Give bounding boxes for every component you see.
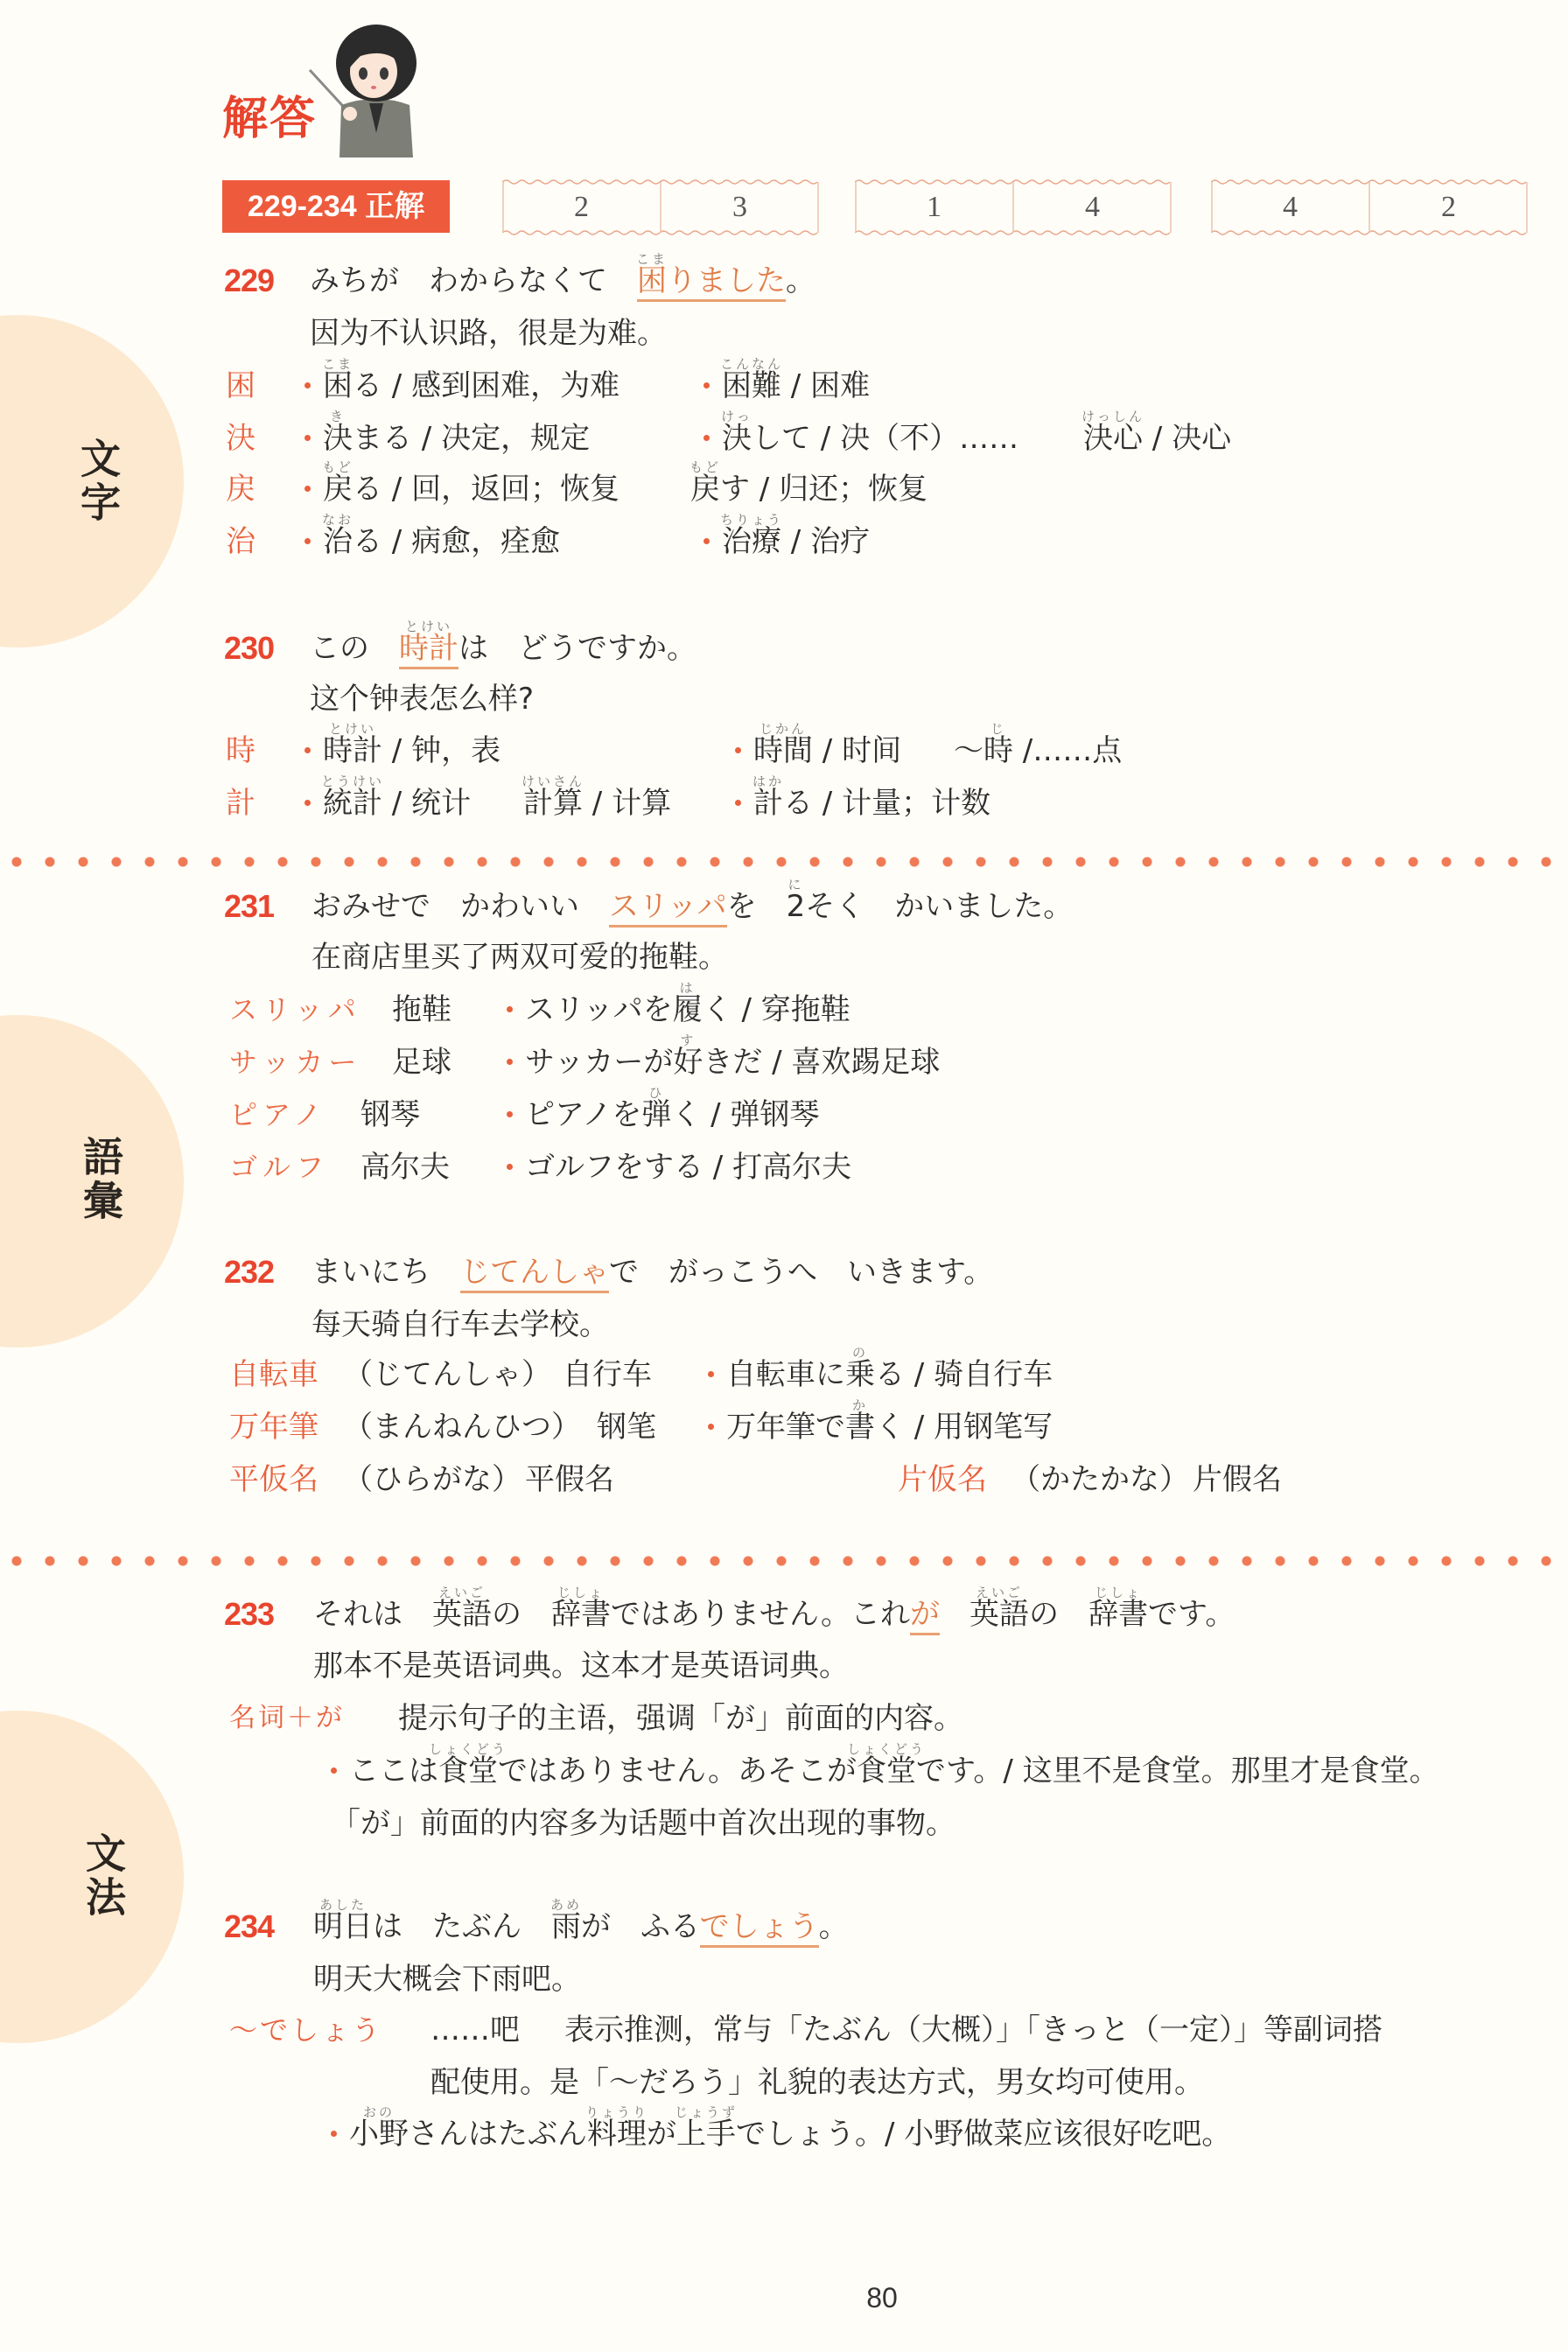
example-tail: る / 病愈，痊愈 bbox=[353, 524, 560, 559]
sentence-text: が ふる bbox=[581, 1909, 700, 1944]
example-text: が bbox=[647, 2117, 676, 2152]
ruby-word: す好 bbox=[673, 1045, 703, 1080]
kanji-example: はか計る / 计量；计数 bbox=[735, 786, 990, 821]
sentence-text: そく かいました。 bbox=[805, 889, 1073, 924]
kanji-example: じかん時間 / 时间 bbox=[735, 733, 901, 768]
ruby-word: はか計 bbox=[753, 786, 783, 821]
kanji: 履 bbox=[673, 992, 703, 1027]
furigana: あめ bbox=[550, 1899, 582, 1912]
bullet-icon bbox=[703, 382, 710, 388]
answer-cell-229: 2 bbox=[502, 178, 661, 237]
question-sentence: あした明日は たぶん あめ雨が ふるでしょう。 bbox=[313, 1909, 849, 1944]
kanji: 英語 bbox=[432, 1597, 492, 1632]
ruby-word: けいさん計算 bbox=[523, 786, 583, 821]
kanji: 計算 bbox=[523, 786, 583, 821]
vocab-example: 万年筆でか書く / 用钢笔写 bbox=[708, 1410, 1053, 1445]
kanji-label: 治 bbox=[226, 524, 255, 559]
example-tail: く / 穿拖鞋 bbox=[703, 992, 850, 1027]
furigana: ちりょう bbox=[720, 514, 783, 527]
vocab-reading: （ひらがな） bbox=[343, 1462, 521, 1497]
example-tail: く / 用钢笔写 bbox=[875, 1410, 1053, 1445]
example-tail: きだ / 喜欢踢足球 bbox=[703, 1045, 940, 1080]
kanji: 明日 bbox=[313, 1909, 373, 1944]
bullet-icon bbox=[304, 435, 311, 441]
vocab-meaning: 拖鞋 bbox=[392, 992, 451, 1027]
vocab-example: ピアノをひ弾く / 弹钢琴 bbox=[507, 1097, 819, 1132]
sentence-text: この bbox=[310, 631, 399, 666]
kanji: 時計 bbox=[399, 631, 458, 666]
example-text: ここは bbox=[349, 1753, 438, 1788]
example-text: さんはたぶん bbox=[409, 2117, 587, 2152]
ruby-word: じょうず上手 bbox=[676, 2117, 736, 2152]
kanji: 決 bbox=[323, 421, 353, 456]
answer-highlight: でしょう bbox=[700, 1909, 819, 1948]
kanji-label: 戻 bbox=[226, 472, 255, 507]
translation: 那本不是英语词典。这本才是英语词典。 bbox=[313, 1648, 849, 1683]
ruby-word: しょくどう食堂 bbox=[438, 1753, 498, 1788]
sentence-text: は たぶん bbox=[373, 1909, 551, 1944]
example-prefix: サッカーが bbox=[525, 1045, 673, 1080]
furigana: もど bbox=[322, 461, 353, 474]
sentence-text: 。 bbox=[819, 1909, 849, 1944]
sentence-text: それは bbox=[313, 1597, 432, 1632]
furigana: しょくどう bbox=[429, 1743, 507, 1756]
bullet-icon bbox=[331, 2131, 337, 2137]
sentence-text: まいにち bbox=[311, 1255, 460, 1290]
example-tail: /……点 bbox=[1013, 733, 1122, 768]
vocab-word: サッカー bbox=[229, 1045, 361, 1080]
example-tail: / 决心 bbox=[1143, 421, 1231, 456]
sentence-text bbox=[940, 1597, 969, 1632]
question-sentence: おみせで かわいい スリッパを に2そく かいました。 bbox=[311, 889, 1073, 924]
example-tail: / 统计 bbox=[382, 786, 471, 821]
furigana: とけい bbox=[329, 723, 376, 736]
kanji: 辞書 bbox=[551, 1597, 611, 1632]
bullet-icon bbox=[703, 435, 710, 441]
question-number: 232 bbox=[224, 1255, 274, 1290]
kanji-label: 計 bbox=[226, 786, 255, 821]
bullet-icon bbox=[507, 1111, 513, 1117]
vocab-example: ゴルフをする / 打高尔夫 bbox=[507, 1150, 851, 1185]
kanji: 戻 bbox=[323, 472, 353, 507]
vocab-word: 平仮名 bbox=[229, 1462, 318, 1497]
kanji-example: ～じ時 /……点 bbox=[954, 733, 1122, 768]
okurigana: りました bbox=[667, 263, 786, 298]
vocab-meaning: 平假名 bbox=[525, 1462, 614, 1497]
grammar-example: おの小野さんはたぶんりょうり料理がじょうず上手でしょう。/ 小野做菜应该很好吃吧… bbox=[331, 2117, 1231, 2152]
example-text: ではありません。あそこが bbox=[498, 1753, 857, 1788]
answer-highlight: こま困りました bbox=[637, 263, 786, 302]
example-prefix: スリッパを bbox=[525, 992, 673, 1027]
ruby-word: か書 bbox=[845, 1410, 875, 1445]
vocab-meaning: 自行车 bbox=[563, 1357, 652, 1392]
translation: 在商店里买了两双可爱的拖鞋。 bbox=[311, 940, 728, 975]
kanji: 決 bbox=[722, 421, 752, 456]
page-number: 80 bbox=[847, 2280, 917, 2315]
translation: 因为不认识路，很是为难。 bbox=[310, 316, 667, 351]
ruby-word: あした明日 bbox=[313, 1909, 373, 1944]
sentence-text: の bbox=[1029, 1597, 1088, 1632]
kanji: 料理 bbox=[587, 2117, 647, 2152]
furigana: の bbox=[852, 1347, 868, 1360]
answer-highlight: じてんしゃ bbox=[460, 1255, 609, 1293]
ruby-word: ちりょう治療 bbox=[722, 524, 781, 559]
sentence-text: で がっこうへ いきます。 bbox=[609, 1255, 993, 1290]
sentence-text: です。 bbox=[1148, 1597, 1235, 1632]
furigana: こま bbox=[322, 358, 353, 371]
sentence-text: を bbox=[727, 889, 787, 924]
grammar-label: 名词＋が bbox=[229, 1701, 345, 1736]
sentence-text: の bbox=[492, 1597, 551, 1632]
kanji: 雨 bbox=[551, 1909, 581, 1944]
grammar-explanation: 表示推测，常与「たぶん（大概）」「きっと（一定）」等副词搭 bbox=[564, 2012, 1382, 2047]
kanji: 弾 bbox=[641, 1097, 671, 1132]
kanji: 戻 bbox=[690, 472, 720, 507]
ruby-word: こんなん困難 bbox=[722, 368, 781, 403]
vocab-word: 万年筆 bbox=[229, 1410, 318, 1445]
kanji-example: とけい時計 / 钟，表 bbox=[304, 733, 500, 768]
furigana: じしょ bbox=[1095, 1586, 1142, 1599]
example-tail: く / 弹钢琴 bbox=[671, 1097, 819, 1132]
kanji: 困 bbox=[323, 368, 353, 403]
kanji: 時 bbox=[983, 733, 1013, 768]
kanji: 食堂 bbox=[857, 1753, 916, 1788]
example-tail: / 计算 bbox=[583, 786, 671, 821]
sentence-text: ではありません。これ bbox=[611, 1597, 910, 1632]
sentence-text: みちが わからなくて bbox=[310, 263, 637, 298]
bullet-icon bbox=[703, 538, 710, 544]
bullet-icon bbox=[507, 1059, 513, 1065]
numeral: 2 bbox=[787, 889, 806, 924]
example-tail: / 治疗 bbox=[781, 524, 870, 559]
example-prefix: 万年筆で bbox=[726, 1410, 845, 1445]
furigana: は bbox=[680, 982, 696, 995]
furigana: もど bbox=[689, 461, 721, 474]
ruby-word: えいご英語 bbox=[969, 1597, 1029, 1632]
example-text: です。/ 这里不是食堂。那里才是食堂。 bbox=[916, 1753, 1439, 1788]
answer-cell-233: 4 bbox=[1211, 178, 1369, 237]
ruby-word: ひ弾 bbox=[641, 1097, 671, 1132]
furigana: ひ bbox=[648, 1087, 664, 1100]
answer-group-goi: 1 4 bbox=[855, 178, 1172, 237]
grammar-note: 「が」前面的内容多为话题中首次出现的事物。 bbox=[331, 1806, 955, 1841]
answer-group-bunpo: 4 2 bbox=[1211, 178, 1528, 237]
example-tail: / 钟，表 bbox=[382, 733, 500, 768]
bullet-icon bbox=[304, 747, 311, 753]
ruby-word: じしょ辞書 bbox=[1088, 1597, 1148, 1632]
kanji-example: なお治る / 病愈，痊愈 bbox=[304, 524, 560, 559]
bullet-icon bbox=[735, 747, 741, 753]
vocab-meaning: 片假名 bbox=[1193, 1462, 1282, 1497]
question-sentence: まいにち じてんしゃで がっこうへ いきます。 bbox=[311, 1255, 993, 1290]
kanji: 時間 bbox=[753, 733, 813, 768]
bullet-icon bbox=[304, 800, 311, 806]
translation: 每天骑自行车去学校。 bbox=[311, 1307, 609, 1342]
sentence-text: は どうですか。 bbox=[458, 631, 696, 666]
furigana: けいさん bbox=[521, 775, 584, 788]
ruby-word: の乗 bbox=[845, 1357, 875, 1392]
section-tab-bunpo: 文法 bbox=[82, 1832, 124, 1920]
furigana: じしょ bbox=[557, 1586, 605, 1599]
answer-highlight: が bbox=[910, 1597, 940, 1635]
answer-cell-231: 1 bbox=[855, 178, 1013, 237]
kanji: 困難 bbox=[722, 368, 781, 403]
vocab-meaning: 足球 bbox=[392, 1045, 451, 1080]
vocab-word: 片仮名 bbox=[898, 1462, 987, 1497]
vocab-word: 自転車 bbox=[229, 1357, 318, 1392]
ruby-word: は履 bbox=[673, 992, 703, 1027]
question-sentence: この とけい時計は どうですか。 bbox=[310, 631, 696, 666]
translation: 这个钟表怎么样? bbox=[310, 682, 534, 717]
ruby-word: えいご英語 bbox=[432, 1597, 492, 1632]
grammar-label: ～でしょう bbox=[229, 2012, 382, 2047]
ruby-word: りょうり料理 bbox=[587, 2117, 647, 2152]
vocab-example: 自転車にの乗る / 骑自行车 bbox=[708, 1357, 1053, 1392]
question-number: 230 bbox=[224, 631, 274, 666]
example-tail: る / 回，返回；恢复 bbox=[353, 472, 619, 507]
furigana: しょくどう bbox=[847, 1743, 926, 1756]
furigana: とけい bbox=[405, 620, 452, 633]
kanji: 英語 bbox=[969, 1597, 1029, 1632]
bullet-icon bbox=[304, 486, 311, 492]
example-text: でしょう。/ 小野做菜应该很好吃吧。 bbox=[736, 2117, 1231, 2152]
ruby-word: しょくどう食堂 bbox=[857, 1753, 916, 1788]
vocab-meaning: 钢琴 bbox=[360, 1097, 420, 1132]
ruby-word: けっしん決心 bbox=[1083, 421, 1143, 456]
sentence-text: 。 bbox=[786, 263, 815, 298]
kanji-example: こま困る / 感到困难，为难 bbox=[304, 368, 619, 403]
ruby-word: もど戻 bbox=[690, 472, 720, 507]
question-sentence: それは えいご英語の じしょ辞書ではありません。これが えいご英語の じしょ辞書… bbox=[313, 1597, 1235, 1632]
answer-group-moji: 2 3 bbox=[502, 178, 819, 237]
kanji: 辞書 bbox=[1088, 1597, 1148, 1632]
furigana: けっ bbox=[721, 410, 752, 423]
ruby-word: じしょ辞書 bbox=[551, 1597, 611, 1632]
kanji-example: とうけい統計 / 统计 bbox=[304, 786, 471, 821]
ruby-word: もど戻 bbox=[323, 472, 353, 507]
furigana: あした bbox=[319, 1899, 367, 1912]
kanji: 上手 bbox=[676, 2117, 736, 2152]
furigana: こんなん bbox=[720, 358, 783, 371]
answer-highlight: スリッパ bbox=[609, 889, 727, 927]
furigana: おの bbox=[363, 2106, 395, 2119]
ruby-word: こま困 bbox=[637, 263, 667, 298]
ruby-word: とうけい統計 bbox=[323, 786, 382, 821]
vocab-meaning: 高尔夫 bbox=[360, 1150, 450, 1185]
furigana: か bbox=[852, 1399, 868, 1412]
example-tail: る / 感到困难，为难 bbox=[353, 368, 619, 403]
answer-highlight: とけい時計 bbox=[399, 631, 458, 669]
kanji-example: けっしん決心 / 决心 bbox=[1083, 421, 1231, 456]
kanji-example: けいさん計算 / 计算 bbox=[523, 786, 671, 821]
furigana: えいご bbox=[976, 1586, 1023, 1599]
kanji-example: けっ決して / 决（不）…… bbox=[703, 421, 1018, 456]
kanji-example: もど戻す / 归还；恢复 bbox=[690, 472, 927, 507]
question-number: 233 bbox=[224, 1597, 274, 1632]
example-tail: まる / 决定，规定 bbox=[353, 421, 590, 456]
ruby-word: こま困 bbox=[323, 368, 353, 403]
bullet-icon bbox=[331, 1767, 337, 1774]
grammar-example: ここはしょくどう食堂ではありません。あそこがしょくどう食堂です。/ 这里不是食堂… bbox=[331, 1753, 1439, 1788]
example-prefix: ～ bbox=[954, 733, 983, 768]
kanji-example: こんなん困難 / 困难 bbox=[703, 368, 870, 403]
kanji: 治 bbox=[323, 524, 353, 559]
furigana: じょうず bbox=[675, 2106, 738, 2119]
question-number: 234 bbox=[224, 1909, 274, 1944]
furigana: けっしん bbox=[1081, 410, 1144, 423]
furigana: とうけい bbox=[321, 775, 384, 788]
kanji: 計 bbox=[753, 786, 783, 821]
kanji: 統計 bbox=[323, 786, 382, 821]
kanji: 治療 bbox=[722, 524, 781, 559]
bullet-icon bbox=[708, 1371, 714, 1377]
bullet-icon bbox=[304, 538, 311, 544]
furigana: じ bbox=[990, 723, 1006, 736]
example-tail: す / 归还；恢复 bbox=[720, 472, 927, 507]
ruby-word: けっ決 bbox=[722, 421, 752, 456]
example-tail: る / 骑自行车 bbox=[875, 1357, 1053, 1392]
section-tab-goi: 語彙 bbox=[80, 1136, 122, 1223]
bullet-icon bbox=[304, 382, 311, 388]
kanji-label: 時 bbox=[226, 733, 255, 768]
ruby-word: に2 bbox=[787, 889, 806, 924]
kanji: 好 bbox=[673, 1045, 703, 1080]
furigana: じかん bbox=[759, 723, 807, 736]
vocab-example: サッカーがす好きだ / 喜欢踢足球 bbox=[507, 1045, 940, 1080]
vocab-word: ピアノ bbox=[229, 1097, 326, 1132]
answer-cell-230: 3 bbox=[661, 178, 819, 237]
furigana: なお bbox=[322, 514, 353, 527]
bullet-icon bbox=[507, 1006, 513, 1012]
kanji-example: き決まる / 决定，规定 bbox=[304, 421, 590, 456]
question-number: 231 bbox=[224, 889, 274, 924]
bullet-icon bbox=[735, 800, 741, 806]
furigana: こま bbox=[636, 253, 668, 266]
grammar-meaning: ……吧 bbox=[430, 2012, 520, 2047]
ruby-word: とけい時計 bbox=[399, 631, 458, 666]
answer-range-badge: 229-234 正解 bbox=[222, 180, 450, 233]
ruby-word: き決 bbox=[323, 421, 353, 456]
sentence-text: おみせで かわいい bbox=[311, 889, 609, 924]
kanji: 困 bbox=[637, 263, 667, 298]
ruby-word: なお治 bbox=[323, 524, 353, 559]
ruby-word: あめ雨 bbox=[551, 1909, 581, 1944]
vocab-reading: （かたかな） bbox=[1011, 1462, 1189, 1497]
vocab-word: ゴルフ bbox=[229, 1150, 329, 1185]
furigana: えいご bbox=[438, 1586, 486, 1599]
vocab-reading: （じてんしゃ） bbox=[343, 1357, 551, 1392]
dotted-separator bbox=[0, 856, 1568, 868]
furigana: に bbox=[787, 878, 803, 892]
question-sentence: みちが わからなくて こま困りました。 bbox=[310, 263, 815, 298]
example-tail: る / 计量；计数 bbox=[783, 786, 990, 821]
kanji: 小野 bbox=[349, 2117, 409, 2152]
grammar-explanation: 提示句子的主语，强调「が」前面的内容。 bbox=[398, 1701, 963, 1736]
vocab-example: スリッパをは履く / 穿拖鞋 bbox=[507, 992, 850, 1027]
ruby-word: じかん時間 bbox=[753, 733, 813, 768]
example-prefix: ピアノを bbox=[525, 1097, 641, 1132]
kanji-label: 困 bbox=[226, 368, 255, 403]
answer-cell-232: 4 bbox=[1013, 178, 1172, 237]
kanji-example: ちりょう治療 / 治疗 bbox=[703, 524, 870, 559]
kanji: 食堂 bbox=[438, 1753, 498, 1788]
furigana: りょうり bbox=[585, 2106, 648, 2119]
bullet-icon bbox=[507, 1164, 513, 1170]
dotted-separator bbox=[0, 1555, 1568, 1567]
example-tail: / 困难 bbox=[781, 368, 870, 403]
ruby-word: おの小野 bbox=[349, 2117, 409, 2152]
furigana: き bbox=[330, 410, 346, 423]
answer-cell-234: 2 bbox=[1369, 178, 1528, 237]
kanji: 書 bbox=[845, 1410, 875, 1445]
bullet-icon bbox=[708, 1424, 714, 1430]
grammar-explanation-continued: 配使用。是「～だろう」礼貌的表达方式，男女均可使用。 bbox=[430, 2065, 1204, 2100]
section-tab-moji: 文字 bbox=[77, 437, 119, 525]
kanji: 時計 bbox=[323, 733, 382, 768]
kanji: 決心 bbox=[1083, 421, 1143, 456]
kanji: 乗 bbox=[845, 1357, 875, 1392]
example-text: ゴルフをする / 打高尔夫 bbox=[525, 1150, 851, 1185]
example-tail: して / 决（不）…… bbox=[752, 421, 1018, 456]
vocab-word: スリッパ bbox=[229, 992, 361, 1027]
vocab-reading: （まんねんひつ） bbox=[343, 1410, 581, 1445]
furigana: はか bbox=[752, 775, 784, 788]
furigana: す bbox=[680, 1034, 696, 1047]
kanji-example: もど戻る / 回，返回；恢复 bbox=[304, 472, 619, 507]
ruby-word: じ時 bbox=[983, 733, 1013, 768]
vocab-meaning: 钢笔 bbox=[597, 1410, 656, 1445]
question-number: 229 bbox=[224, 263, 274, 298]
ruby-word: とけい時計 bbox=[323, 733, 382, 768]
kanji-label: 決 bbox=[226, 421, 255, 456]
translation: 明天大概会下雨吧。 bbox=[313, 1962, 581, 1997]
teacher-illustration bbox=[297, 16, 429, 160]
example-prefix: 自転車に bbox=[726, 1357, 845, 1392]
example-tail: / 时间 bbox=[813, 733, 901, 768]
